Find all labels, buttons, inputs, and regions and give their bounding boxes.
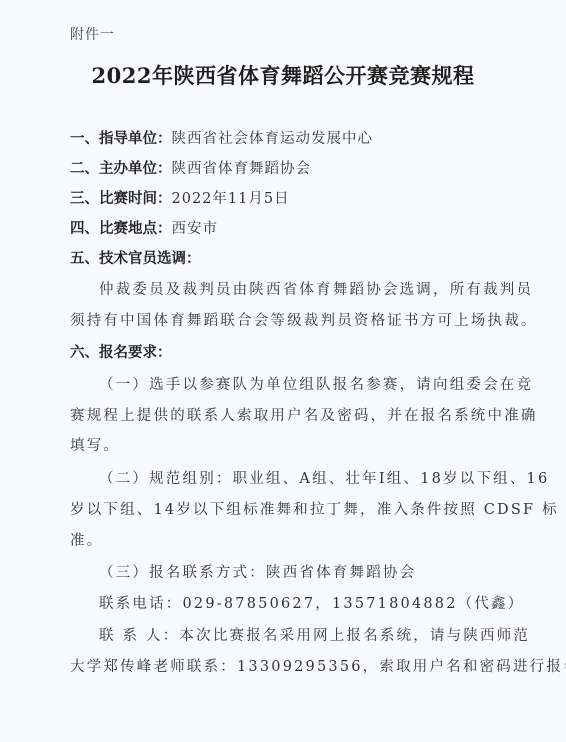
section-host-unit: 二、主办单位：陕西省体育舞蹈协会 <box>70 159 311 179</box>
registration-item3-line1: （三）报名联系方式：陕西省体育舞蹈协会 <box>70 563 539 583</box>
officials-paragraph-line2: 须持有中国体育舞蹈联合会等级裁判员资格证书方可上场执裁。 <box>70 311 510 331</box>
section-heading: 六、报名要求： <box>70 345 172 361</box>
registration-item2-line2: 岁以下组、14岁以下组标准舞和拉丁舞，准入条件按照 CDSF 标 <box>70 500 510 520</box>
registration-item1-line1: （一）选手以参赛队为单位组队报名参赛，请向组委会在竞 <box>70 375 539 395</box>
section-heading: 五、技术官员选调： <box>70 251 201 267</box>
registration-contact-line2: 大学郑传峰老师联系：13309295356，索取用户名和密码进行报名。 <box>70 657 510 677</box>
section-value: 西安市 <box>172 221 219 237</box>
section-competition-venue: 四、比赛地点：西安市 <box>70 219 218 239</box>
section-competition-date: 三、比赛时间：2022年11月5日 <box>70 189 290 209</box>
section-heading: 三、比赛时间： <box>70 191 172 207</box>
officials-paragraph-line1: 仲裁委员及裁判员由陕西省体育舞蹈协会选调，所有裁判员 <box>70 280 539 300</box>
section-heading: 一、指导单位： <box>70 131 172 147</box>
section-heading: 四、比赛地点： <box>70 221 172 237</box>
section-heading: 二、主办单位： <box>70 161 172 177</box>
section-value: 陕西省社会体育运动发展中心 <box>172 131 374 147</box>
document-title: 2022年陕西省体育舞蹈公开赛竞赛规程 <box>0 60 566 90</box>
section-registration: 六、报名要求： <box>70 343 172 363</box>
registration-phone-line: 联系电话：029-87850627，13571804882（代鑫） <box>70 594 539 614</box>
section-technical-officials: 五、技术官员选调： <box>70 249 201 269</box>
section-guiding-unit: 一、指导单位：陕西省社会体育运动发展中心 <box>70 129 373 149</box>
registration-contact-line1: 联 系 人：本次比赛报名采用网上报名系统，请与陕西师范 <box>70 626 539 646</box>
attachment-label: 附件一 <box>70 24 115 44</box>
registration-item2-line3: 准。 <box>70 531 510 551</box>
section-value: 陕西省体育舞蹈协会 <box>172 161 312 177</box>
document-page: 附件一 2022年陕西省体育舞蹈公开赛竞赛规程 一、指导单位：陕西省社会体育运动… <box>0 0 566 742</box>
section-value: 2022年11月5日 <box>172 191 290 207</box>
registration-item1-line3: 填写。 <box>70 436 510 456</box>
registration-item2-line1: （二）规范组别：职业组、A组、壮年I组、18岁以下组、16 <box>70 469 539 489</box>
registration-item1-line2: 赛规程上提供的联系人索取用户名及密码，并在报名系统中准确 <box>70 406 510 426</box>
